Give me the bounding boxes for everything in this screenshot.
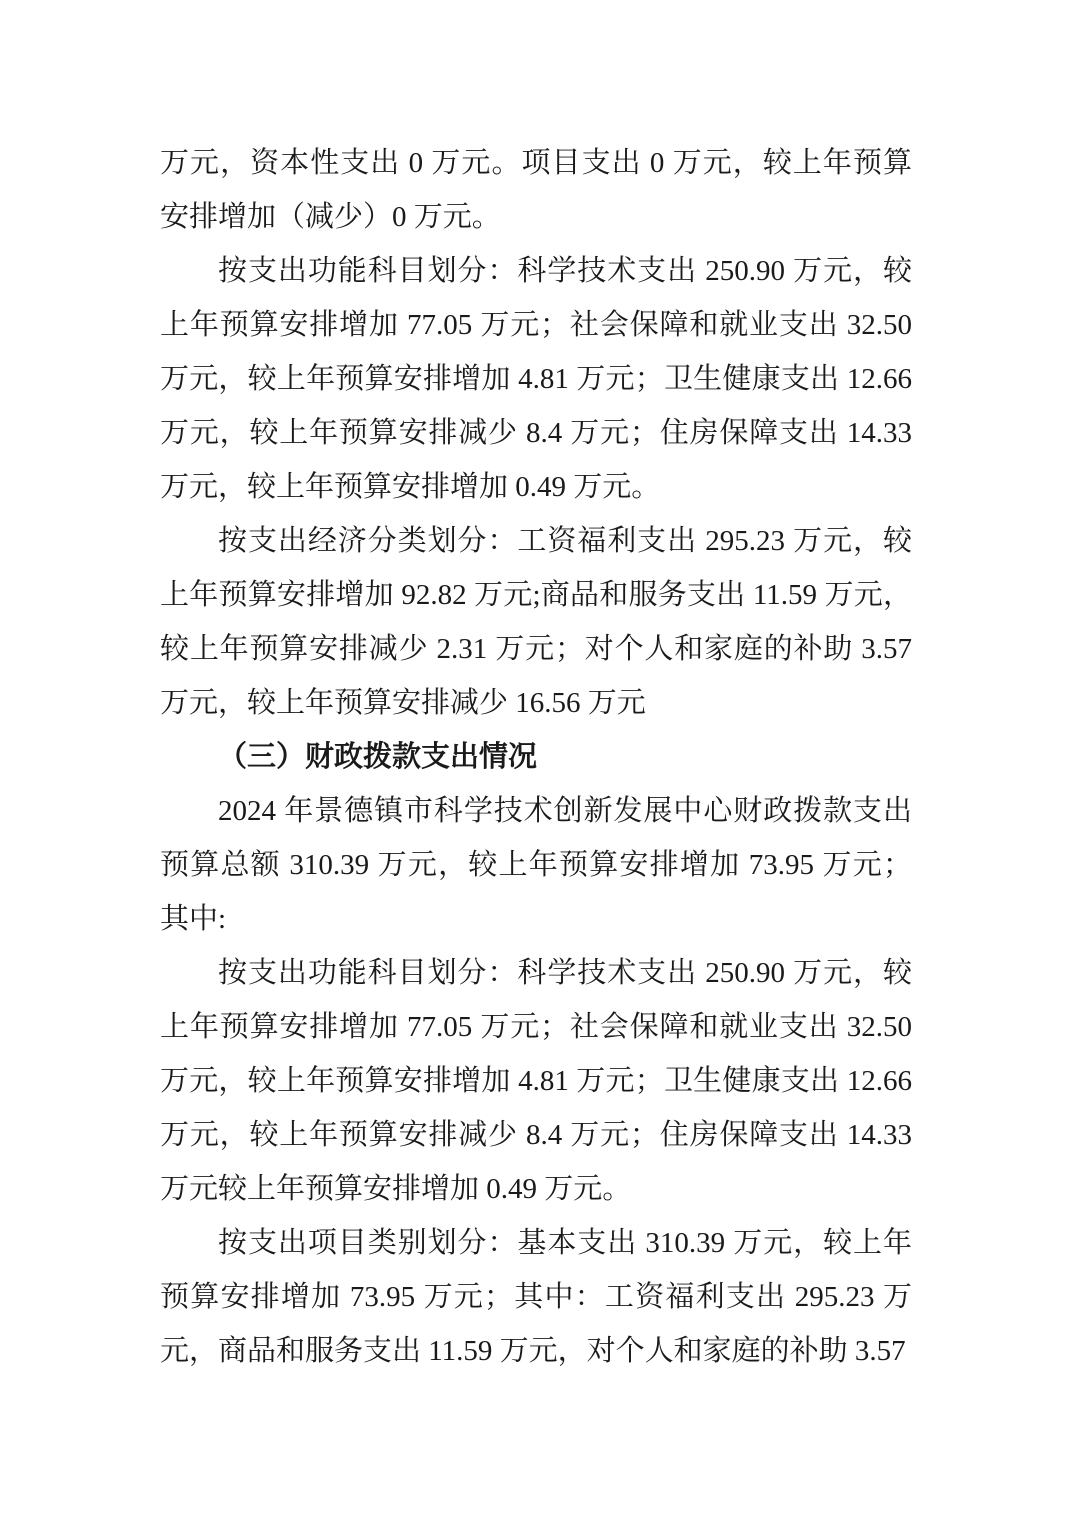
paragraph-fiscal-allocation-total: 2024 年景德镇市科学技术创新发展中心财政拨款支出预算总额 310.39 万元… <box>160 784 912 946</box>
paragraph-functional-classification: 按支出功能科目划分：科学技术支出 250.90 万元，较上年预算安排增加 77.… <box>160 244 912 514</box>
paragraph-project-category: 按支出项目类别划分：基本支出 310.39 万元，较上年预算安排增加 73.95… <box>160 1216 912 1378</box>
document-text-block: 万元，资本性支出 0 万元。项目支出 0 万元，较上年预算安排增加（减少）0 万… <box>160 136 912 1378</box>
document-page: 万元，资本性支出 0 万元。项目支出 0 万元，较上年预算安排增加（减少）0 万… <box>0 0 1074 1520</box>
section-heading-fiscal-allocation-expenditure: （三）财政拨款支出情况 <box>160 730 912 784</box>
paragraph-economic-classification: 按支出经济分类划分：工资福利支出 295.23 万元，较上年预算安排增加 92.… <box>160 514 912 730</box>
paragraph-functional-classification-fiscal: 按支出功能科目划分：科学技术支出 250.90 万元，较上年预算安排增加 77.… <box>160 946 912 1216</box>
paragraph-expenditure-continuation: 万元，资本性支出 0 万元。项目支出 0 万元，较上年预算安排增加（减少）0 万… <box>160 136 912 244</box>
